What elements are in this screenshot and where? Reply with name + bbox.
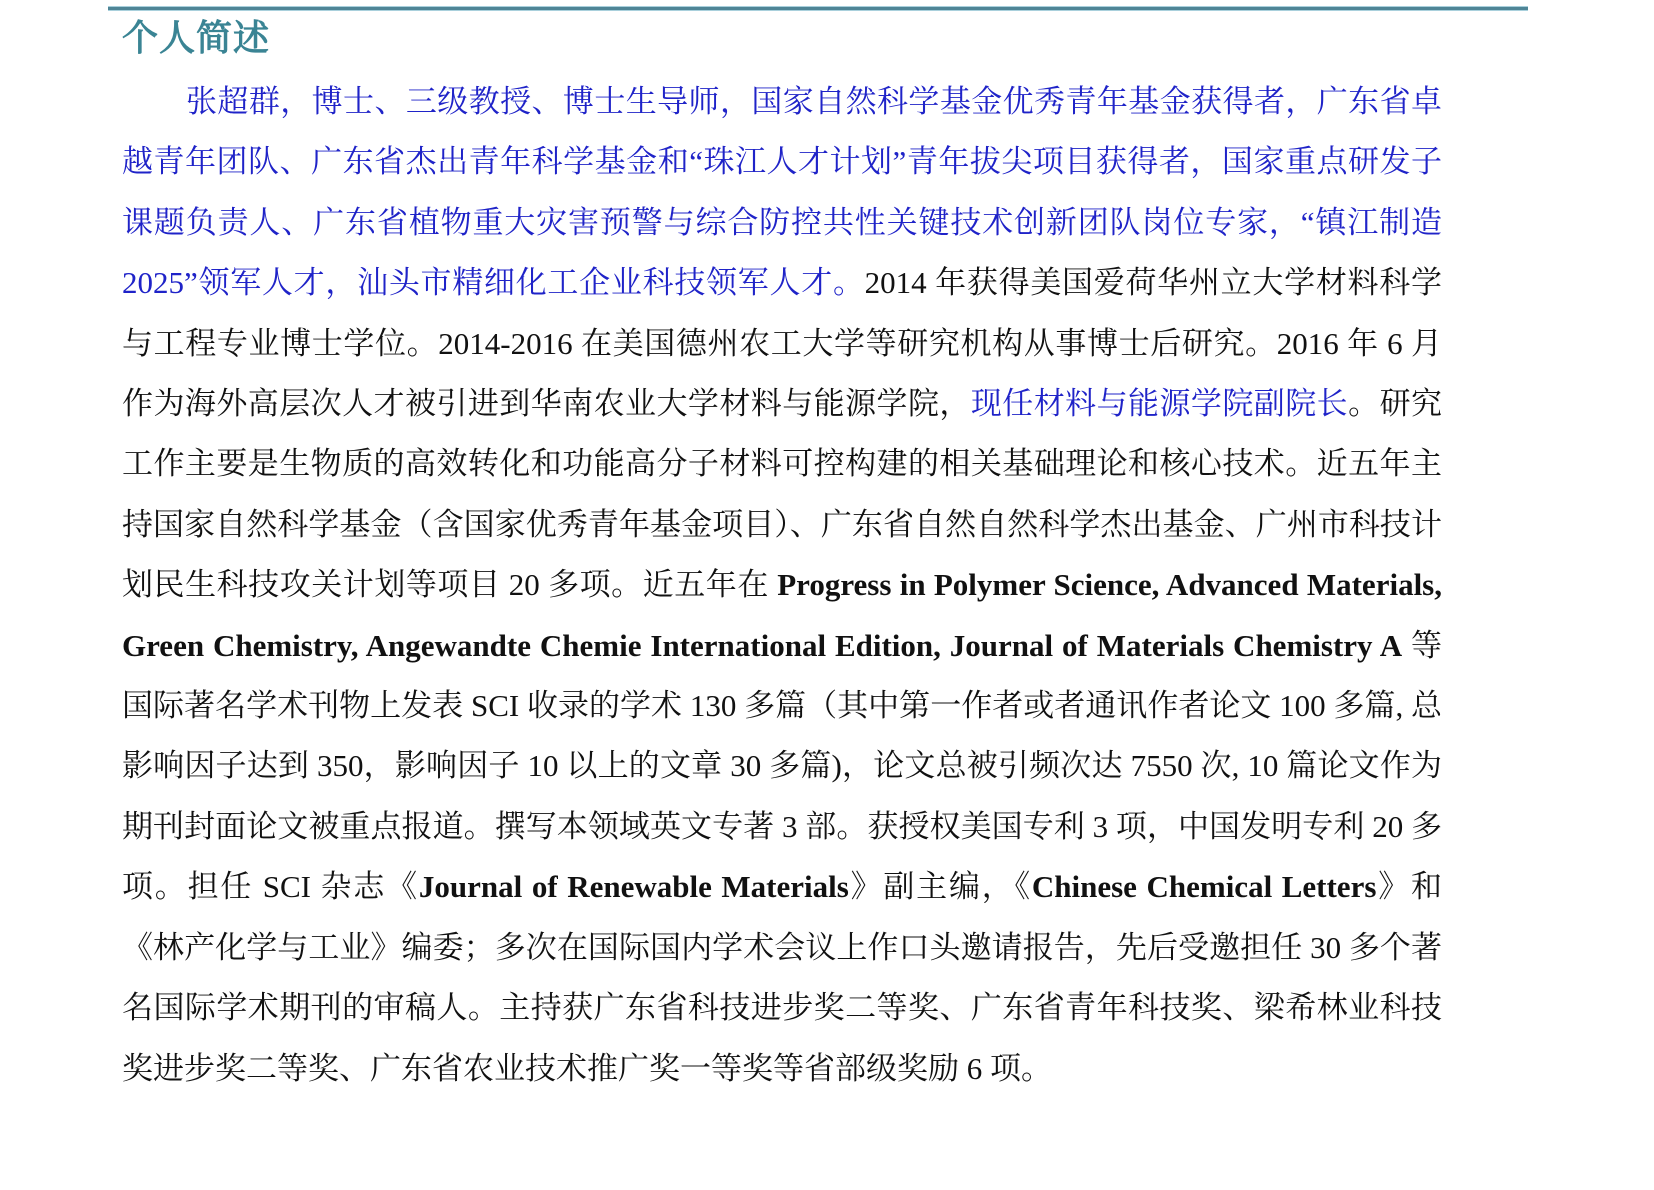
bio-journal-renewable-materials: Journal of Renewable Materials	[419, 869, 849, 904]
bio-highlight-position: 现任材料与能源学院副院长	[971, 386, 1348, 421]
section-title: 个人简述	[122, 14, 270, 64]
section-divider	[108, 7, 1528, 10]
bio-journal-chinese-chemical-letters: Chinese Chemical Letters	[1032, 869, 1377, 904]
bio-text-publications: 等国际著名学术刊物上发表 SCI 收录的学术 130 多篇（其中第一作者或者通讯…	[122, 628, 1442, 905]
bio-paragraph: 张超群，博士、三级教授、博士生导师，国家自然科学基金优秀青年基金获得者，广东省卓…	[122, 72, 1442, 1099]
bio-text-editor: 》副主编，《	[849, 869, 1032, 904]
